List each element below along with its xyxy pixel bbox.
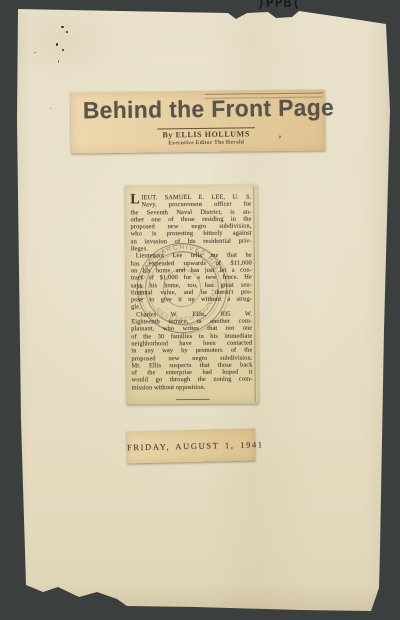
date-clipping: FRIDAY, AUGUST 1, 1941	[127, 429, 256, 464]
column-title: Behind the Front Page	[83, 92, 335, 125]
column-rule	[253, 187, 256, 402]
paper-speck	[50, 108, 51, 109]
staple-mark	[62, 49, 64, 51]
scanner-edge-text-fragment: )PPB(	[257, 0, 301, 11]
staple-mark	[61, 26, 64, 28]
paper-speck	[58, 60, 59, 63]
byline-block: By ELLIS HOLLUMS Executive Editor The He…	[155, 127, 257, 146]
date-text: FRIDAY, AUGUST 1, 1941	[127, 439, 264, 452]
masthead-clipping: Behind the Front Page By ELLIS HOLLUMS E…	[71, 89, 326, 153]
article-line: would go through the zoning com-	[132, 376, 253, 384]
scanned-paper-sheet: Behind the Front Page By ELLIS HOLLUMS E…	[0, 0, 400, 620]
drop-cap: L	[130, 194, 141, 206]
byline-role: Executive Editor The Herald	[155, 139, 257, 146]
pen-mark: ’	[276, 134, 281, 145]
byline: By ELLIS HOLLUMS	[155, 129, 257, 139]
article-line: mission without opposition.	[132, 383, 253, 391]
end-of-article-divider	[176, 399, 210, 400]
staple-mark	[56, 43, 58, 46]
paper-speck	[34, 52, 36, 53]
staple-mark	[66, 31, 68, 33]
